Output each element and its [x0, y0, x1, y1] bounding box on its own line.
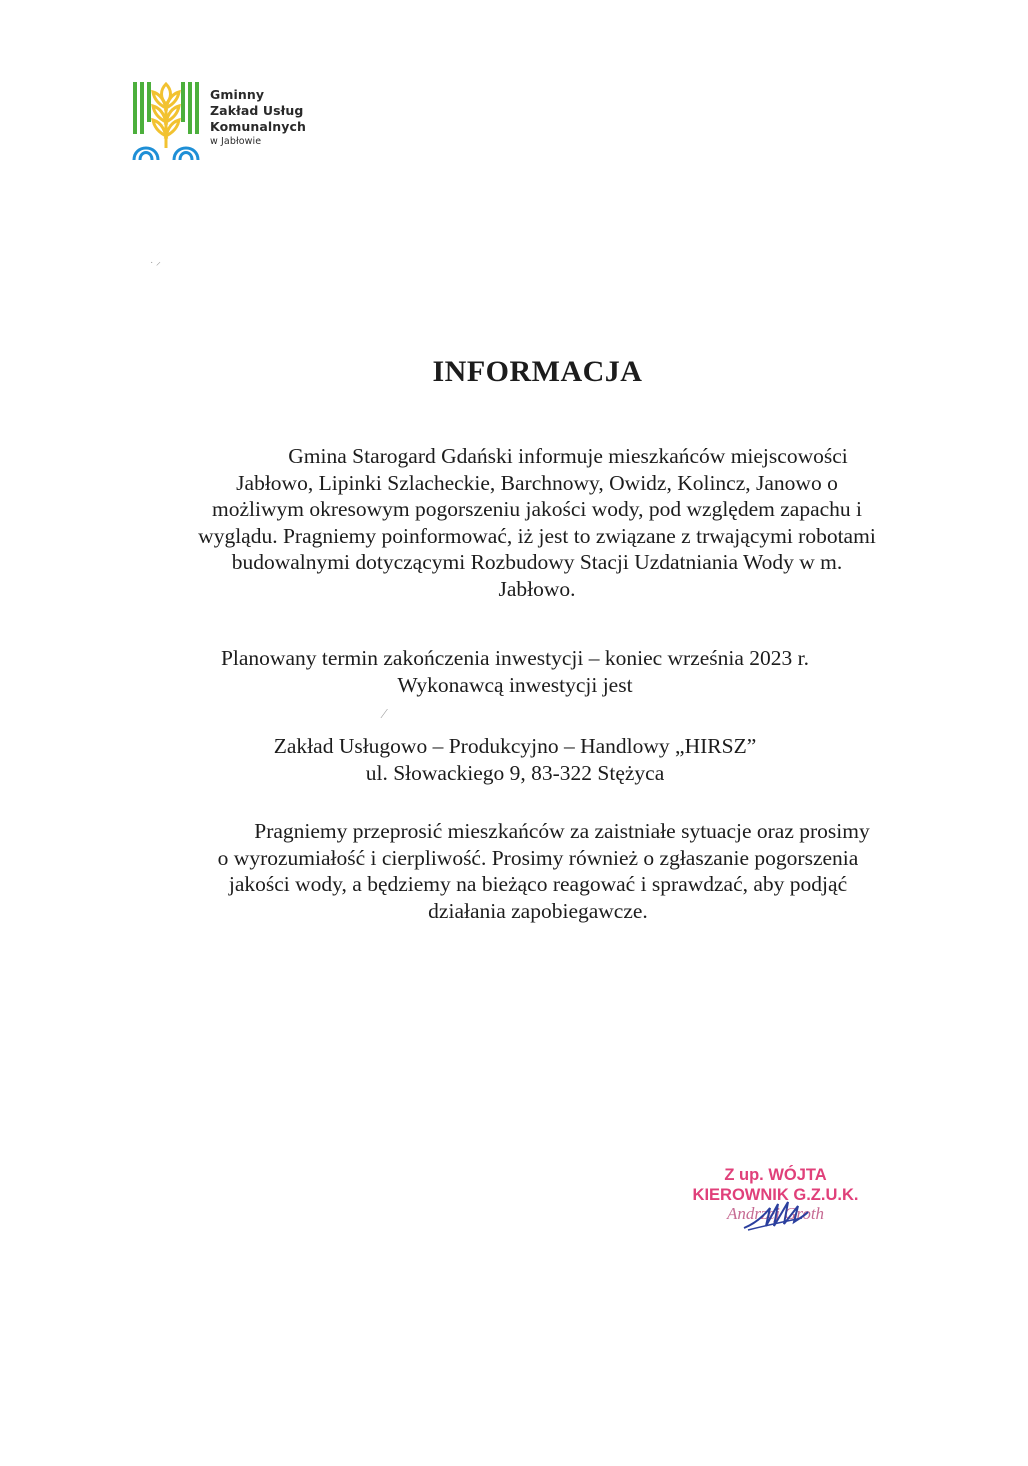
contractor-address: ul. Słowackiego 9, 83-322 Stężyca [130, 760, 900, 787]
scan-speck: ⁄ [383, 707, 385, 723]
paragraph-completion-date: Planowany termin zakończenia inwestycji … [130, 645, 900, 698]
org-location: w Jabłowie [210, 135, 306, 148]
text-line: Pragniemy przeprosić mieszkańców za zais… [118, 818, 958, 845]
text-line: Jabłowo, Lipinki Szlacheckie, Barchnowy,… [125, 470, 949, 497]
text-line: wyglądu. Pragniemy poinformować, iż jest… [125, 523, 949, 550]
wheat-and-water-logo-icon [131, 78, 201, 162]
text-line: jakości wody, a będziemy na bieżąco reag… [118, 871, 958, 898]
scan-speck: ˙ ⸍ [150, 258, 161, 272]
org-name-line: Komunalnych [210, 119, 306, 135]
organization-logo: Gminny Zakład Usług Komunalnych w Jabłow… [131, 78, 331, 164]
organization-name: Gminny Zakład Usług Komunalnych w Jabłow… [210, 87, 306, 148]
paragraph-water-quality: Gmina Starogard Gdański informuje mieszk… [125, 443, 949, 602]
contractor-name: Zakład Usługowo – Produkcyjno – Handlowy… [130, 733, 900, 760]
text-line: Wykonawcą inwestycji jest [130, 672, 900, 699]
text-line: Gmina Starogard Gdański informuje mieszk… [125, 443, 949, 470]
stamp-line-1: Z up. WÓJTA [668, 1165, 883, 1185]
text-line: o wyrozumiałość i cierpliwość. Prosimy r… [118, 845, 958, 872]
text-line: Jabłowo. [125, 576, 949, 603]
handwritten-signature-icon [742, 1196, 812, 1234]
org-name-line: Zakład Usług [210, 103, 306, 119]
contractor-info: Zakład Usługowo – Produkcyjno – Handlowy… [130, 733, 900, 786]
text-line: budowalnymi dotyczącymi Rozbudowy Stacji… [125, 549, 949, 576]
paragraph-apology: Pragniemy przeprosić mieszkańców za zais… [118, 818, 958, 924]
text-line: możliwym okresowym pogorszeniu jakości w… [125, 496, 949, 523]
text-line: Planowany termin zakończenia inwestycji … [130, 645, 900, 672]
document-title: INFORMACJA [0, 355, 1028, 389]
org-name-line: Gminny [210, 87, 306, 103]
text-line: działania zapobiegawcze. [118, 898, 958, 925]
